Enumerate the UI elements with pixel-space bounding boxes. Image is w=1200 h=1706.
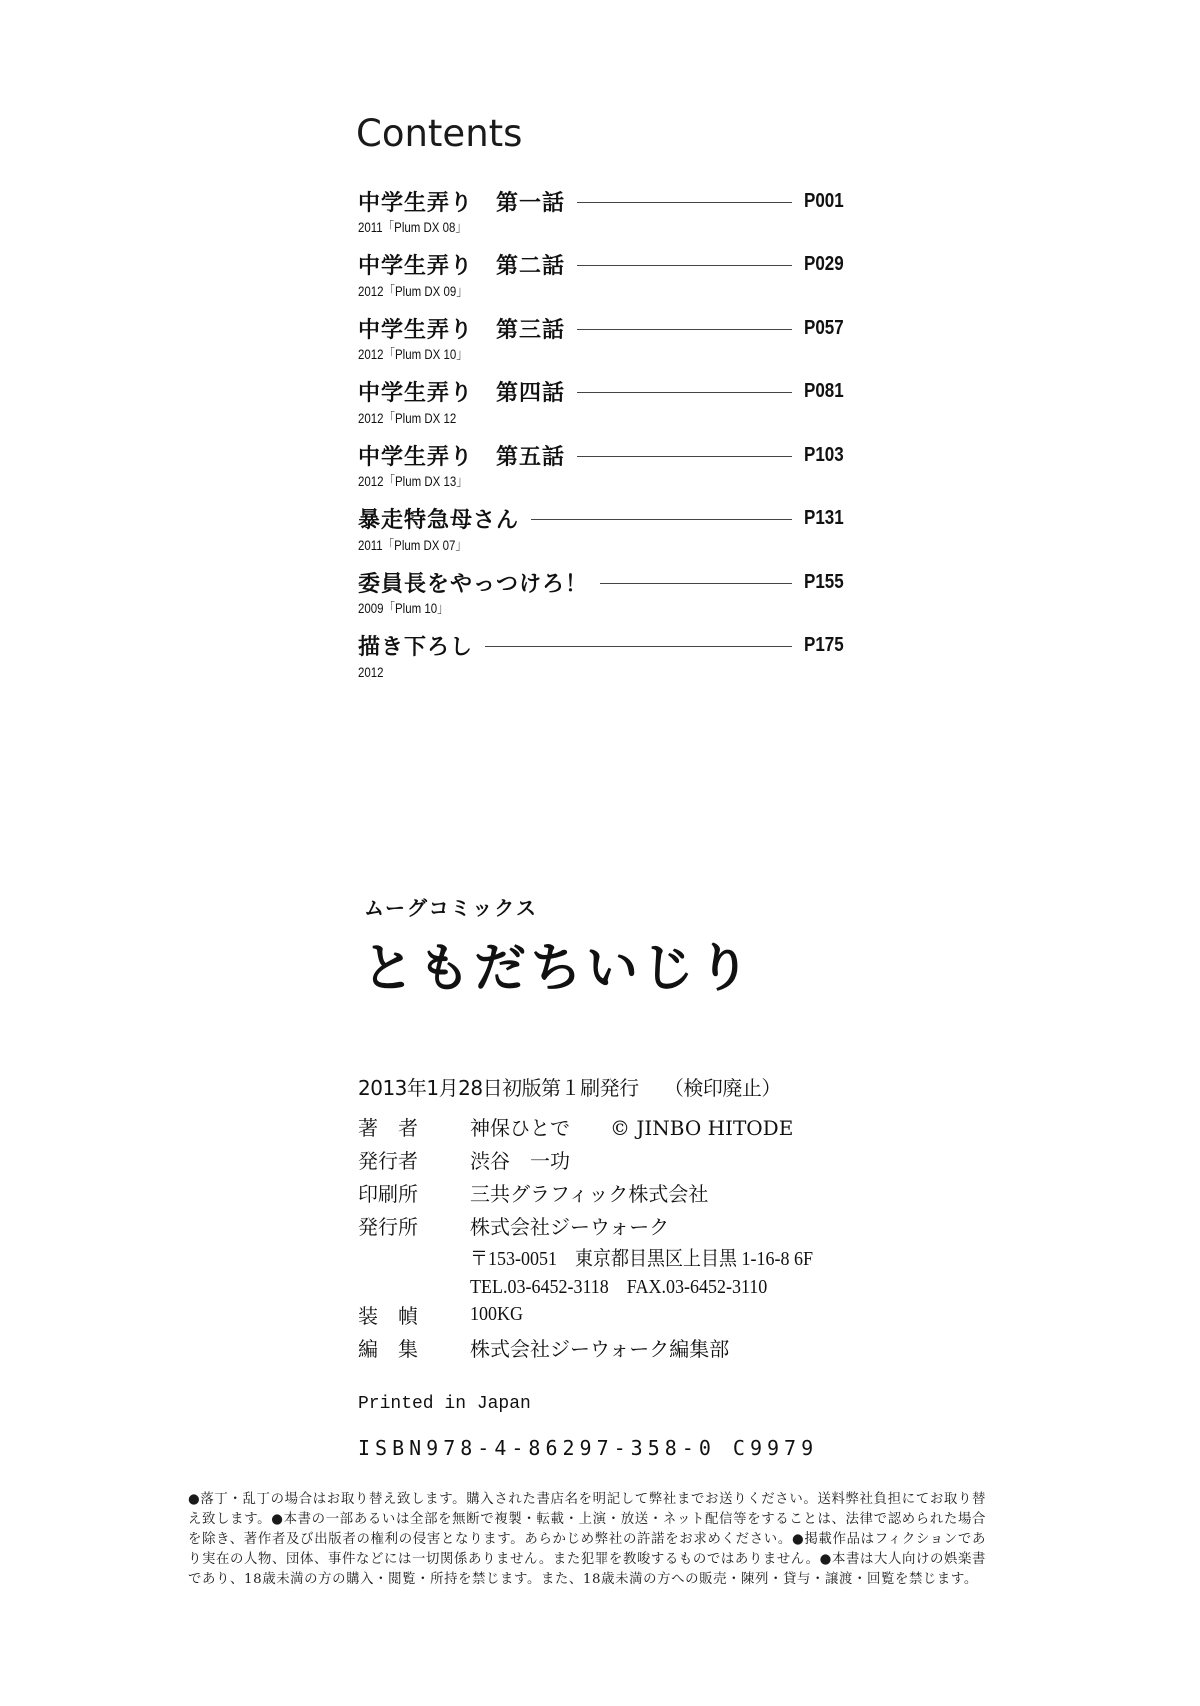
toc-entry-source: 2012「Plum DX 10」 bbox=[358, 345, 760, 363]
toc-entry-source: 2011「Plum DX 07」 bbox=[358, 536, 760, 554]
toc-entry-source: 2012「Plum DX 13」 bbox=[358, 472, 760, 490]
legal-notice: ●落丁・乱丁の場合はお取り替え致します。購入された書店名を明記して弊社までお送り… bbox=[188, 1490, 986, 1590]
toc-entry-page: P103 bbox=[804, 444, 841, 467]
toc-entry[interactable]: 中学生弄り 第一話 P001 2011「Plum DX 08」 bbox=[358, 188, 848, 252]
colophon-label: 発行者 bbox=[358, 1145, 470, 1174]
toc-leader-line bbox=[577, 329, 792, 330]
toc-entry-title: 委員長をやっつけろ！ bbox=[358, 567, 588, 598]
toc-leader-line bbox=[577, 392, 792, 393]
toc-entry[interactable]: 描き下ろし P175 2012 bbox=[358, 633, 848, 697]
toc-entry-page: P175 bbox=[804, 634, 841, 657]
toc-entry[interactable]: 中学生弄り 第五話 P103 2012「Plum DX 13」 bbox=[358, 442, 848, 506]
printed-in-label: Printed in Japan bbox=[358, 1394, 531, 1414]
toc-entry-title: 中学生弄り 第四話 bbox=[358, 376, 565, 407]
colophon-row-contact: TEL.03-6452-3118 FAX.03-6452-3110 bbox=[358, 1270, 851, 1298]
contents-heading: Contents bbox=[356, 112, 522, 156]
colophon-label: 印刷所 bbox=[358, 1178, 470, 1207]
colophon-row-address: 〒153-0051 東京都目黒区上目黒 1-16-8 6F bbox=[358, 1242, 851, 1270]
publisher-phone-fax: TEL.03-6452-3118 FAX.03-6452-3110 bbox=[470, 1270, 767, 1299]
toc-leader-line bbox=[485, 646, 792, 647]
toc-entry[interactable]: 暴走特急母さん P131 2011「Plum DX 07」 bbox=[358, 506, 848, 570]
toc-entry-page: P081 bbox=[804, 380, 841, 403]
toc-entry-title: 中学生弄り 第一話 bbox=[358, 186, 565, 217]
book-title: ともだちいじり bbox=[362, 938, 754, 1000]
colophon-value: 100KG bbox=[470, 1303, 523, 1326]
toc-leader-line bbox=[577, 265, 792, 266]
toc-entry-title: 中学生弄り 第五話 bbox=[358, 440, 565, 471]
toc-leader-line bbox=[531, 519, 792, 520]
toc-entry-page: P001 bbox=[804, 190, 841, 213]
toc-entry-source: 2012 bbox=[358, 663, 760, 681]
colophon-value: 株式会社ジーウォーク bbox=[470, 1211, 669, 1240]
colophon-value: 三共グラフィック株式会社 bbox=[470, 1178, 708, 1207]
toc-entry-title: 中学生弄り 第二話 bbox=[358, 249, 565, 280]
toc-entry[interactable]: 委員長をやっつけろ！ P155 2009「Plum 10」 bbox=[358, 569, 848, 633]
colophon-row-author: 著 者 神保ひとで © JINBO HITODE bbox=[358, 1110, 851, 1143]
toc-entry-source: 2009「Plum 10」 bbox=[358, 599, 760, 617]
toc-entry-title: 暴走特急母さん bbox=[358, 503, 519, 534]
colophon-label: 編 集 bbox=[358, 1333, 470, 1362]
colophon-value: 株式会社ジーウォーク編集部 bbox=[470, 1333, 729, 1362]
toc-entry-page: P131 bbox=[804, 507, 841, 530]
toc-leader-line bbox=[600, 583, 792, 584]
colophon-value: 渋谷 一功 bbox=[470, 1145, 570, 1174]
toc-entry-title: 中学生弄り 第三話 bbox=[358, 313, 565, 344]
toc-entry-page: P057 bbox=[804, 317, 841, 340]
series-label: ムーグコミックス bbox=[364, 892, 538, 921]
toc-leader-line bbox=[577, 456, 792, 457]
toc-entry[interactable]: 中学生弄り 第四話 P081 2012「Plum DX 12 bbox=[358, 379, 848, 443]
colophon-row-publisher: 発行所 株式会社ジーウォーク bbox=[358, 1209, 851, 1242]
publisher-address: 〒153-0051 東京都目黒区上目黒 1-16-8 6F bbox=[470, 1242, 813, 1271]
colophon-label: 発行所 bbox=[358, 1211, 470, 1240]
toc-entry-page: P155 bbox=[804, 571, 841, 594]
colophon-value: 神保ひとで © JINBO HITODE bbox=[470, 1112, 793, 1141]
toc-entry[interactable]: 中学生弄り 第二話 P029 2012「Plum DX 09」 bbox=[358, 252, 848, 316]
toc-leader-line bbox=[577, 202, 792, 203]
toc-entry-source: 2012「Plum DX 12 bbox=[358, 409, 760, 427]
colophon-row-editor: 編 集 株式会社ジーウォーク編集部 bbox=[358, 1331, 851, 1364]
toc-entry-source: 2011「Plum DX 08」 bbox=[358, 218, 760, 236]
toc-entry-source: 2012「Plum DX 09」 bbox=[358, 282, 760, 300]
colophon-row-printer: 印刷所 三共グラフィック株式会社 bbox=[358, 1176, 851, 1209]
toc-entry-page: P029 bbox=[804, 253, 841, 276]
colophon-row-design: 装 幀 100KG bbox=[358, 1298, 851, 1331]
colophon-row-publisher-person: 発行者 渋谷 一功 bbox=[358, 1143, 851, 1176]
isbn-code: ISBN978-4-86297-358-0 C9979 bbox=[358, 1436, 818, 1460]
colophon: 著 者 神保ひとで © JINBO HITODE 発行者 渋谷 一功 印刷所 三… bbox=[358, 1110, 851, 1364]
colophon-label: 著 者 bbox=[358, 1112, 470, 1141]
publication-date: 2013年1月28日初版第１刷発行 （検印廃止） bbox=[358, 1072, 781, 1101]
table-of-contents: 中学生弄り 第一話 P001 2011「Plum DX 08」 中学生弄り 第二… bbox=[358, 188, 848, 696]
colophon-label: 装 幀 bbox=[358, 1300, 470, 1329]
toc-entry[interactable]: 中学生弄り 第三話 P057 2012「Plum DX 10」 bbox=[358, 315, 848, 379]
toc-entry-title: 描き下ろし bbox=[358, 630, 473, 661]
